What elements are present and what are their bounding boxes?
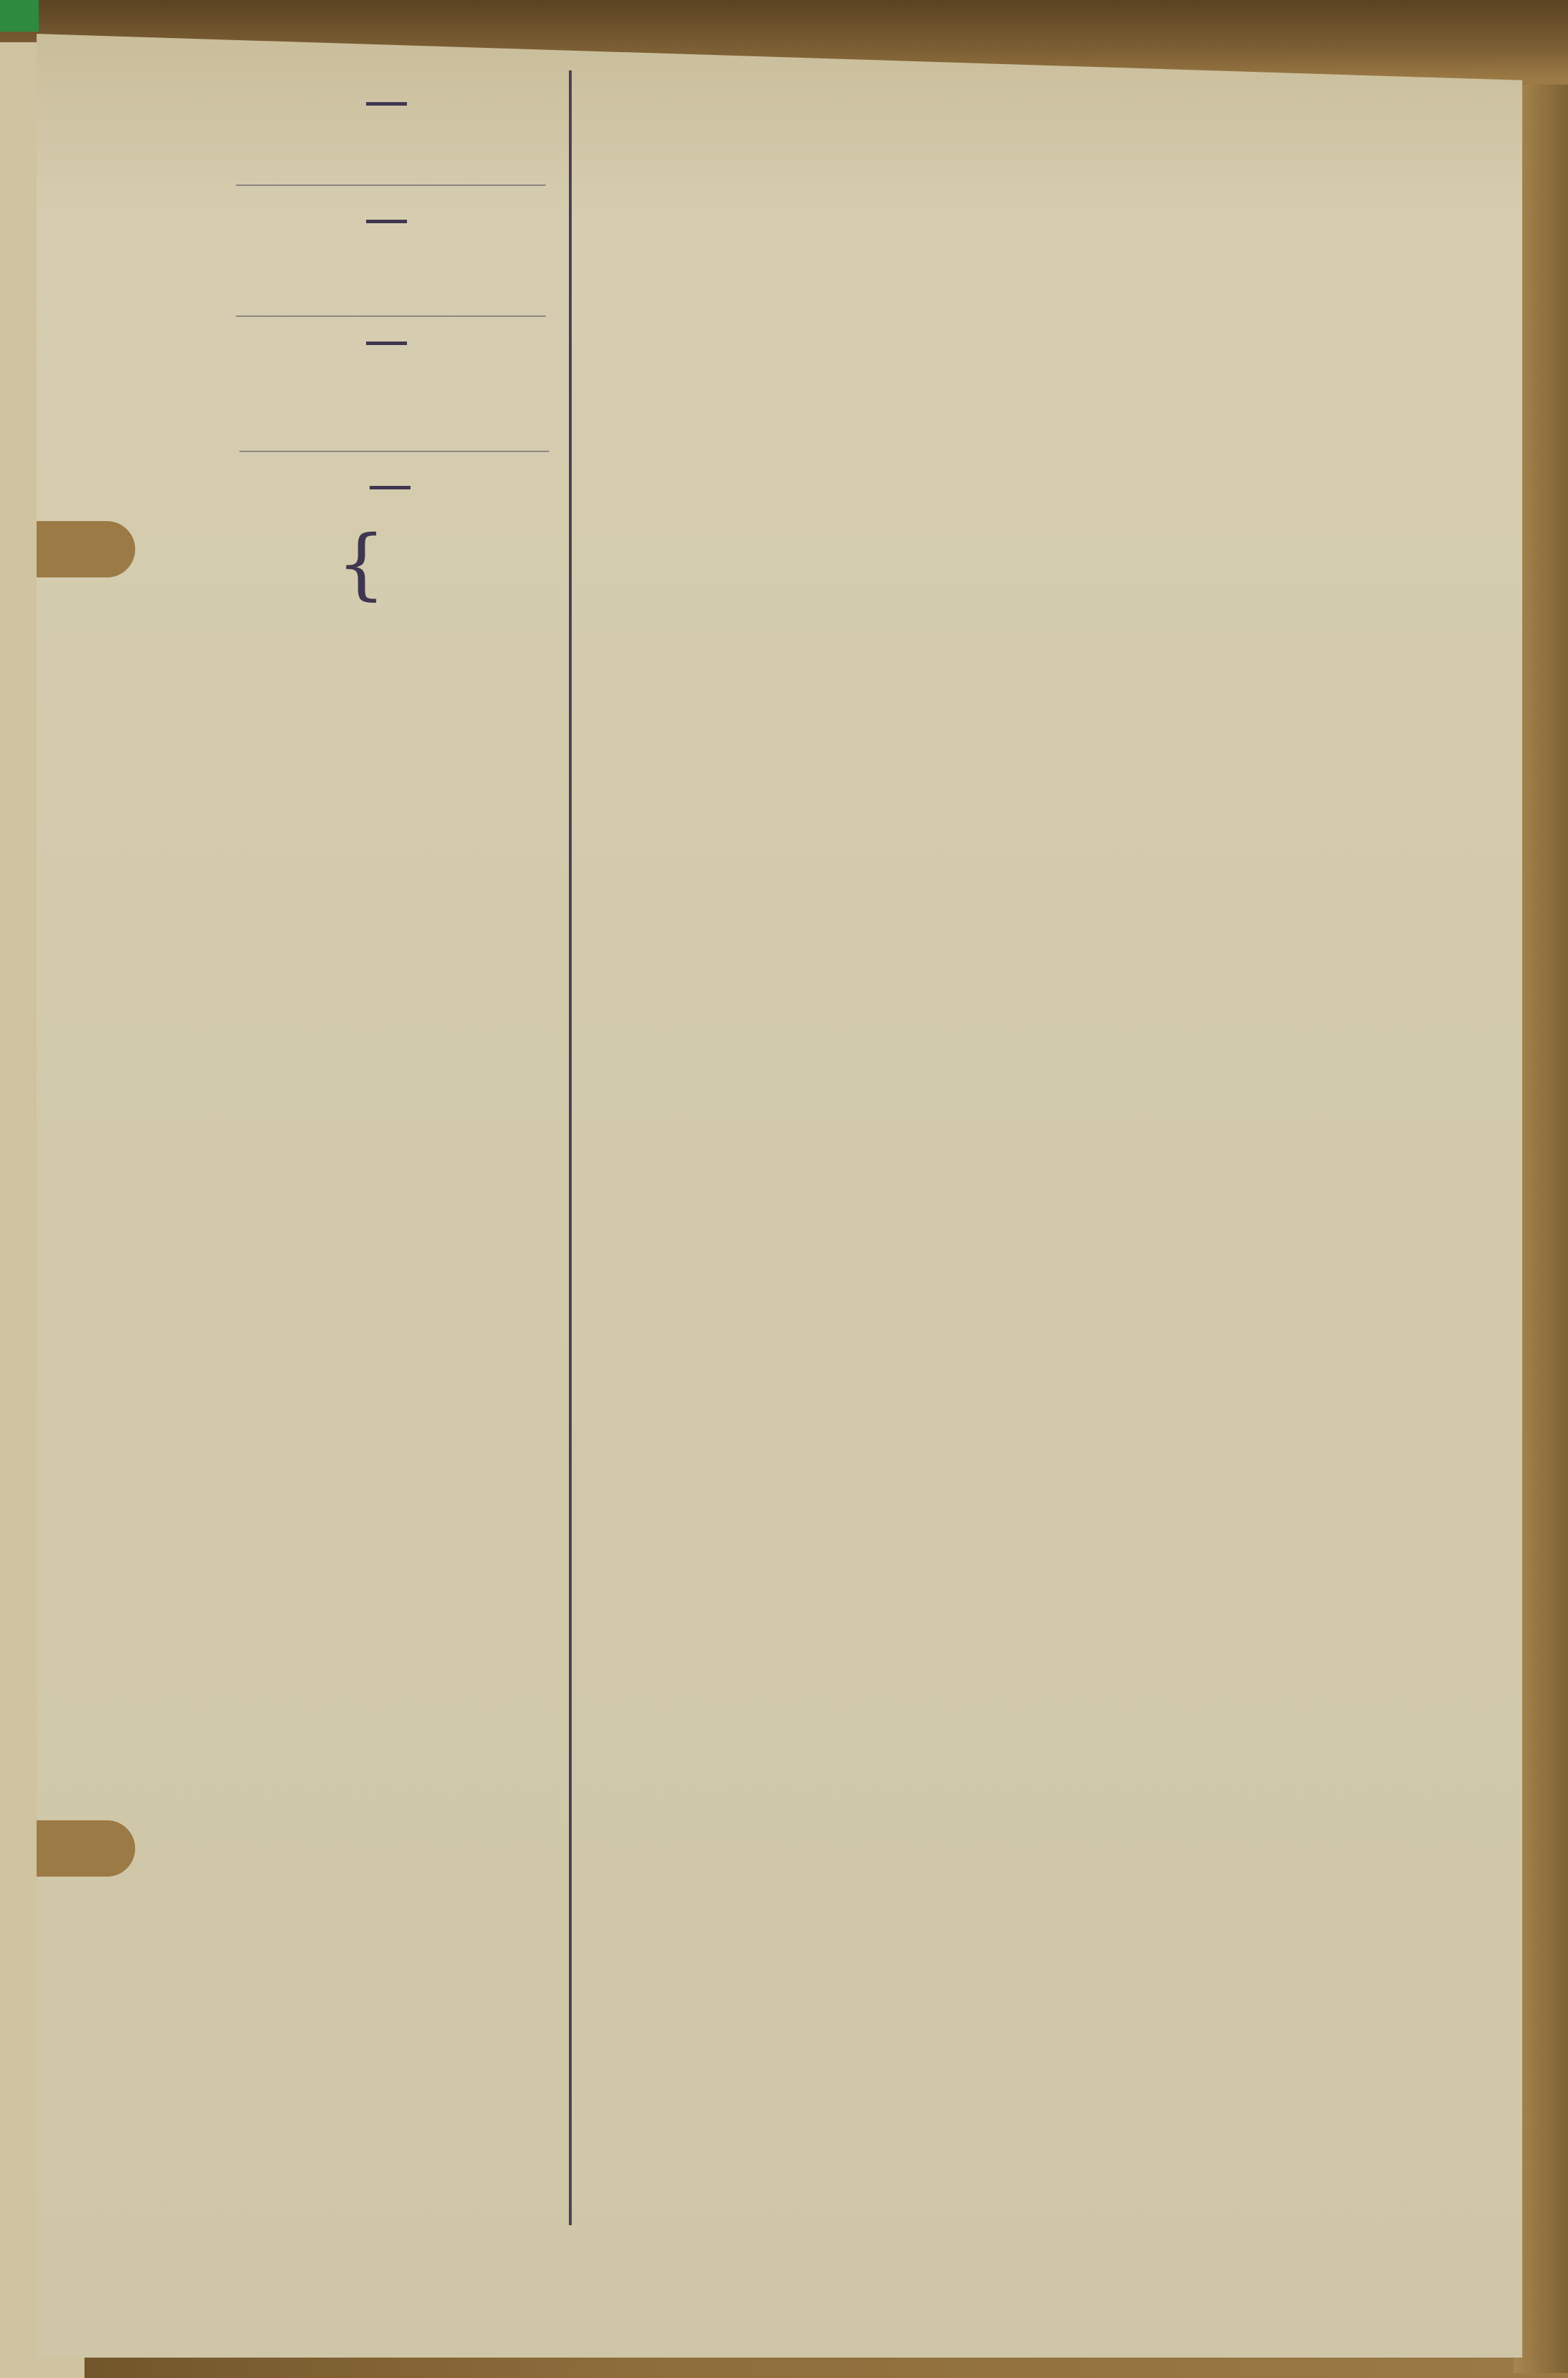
green-folder-tab [0, 0, 39, 32]
fill-line [236, 184, 546, 186]
fill-line [236, 315, 546, 317]
separator-dash [366, 220, 407, 223]
separator-dash [370, 486, 410, 489]
document-sheet [37, 34, 1522, 2358]
punch-hole-notch [37, 521, 135, 577]
separator-dash [366, 102, 407, 106]
brace-glyph: { [337, 525, 386, 602]
separator-dash [366, 342, 407, 345]
punch-hole-notch [37, 1820, 135, 1877]
fill-line [239, 451, 549, 452]
column-divider [569, 70, 572, 2225]
